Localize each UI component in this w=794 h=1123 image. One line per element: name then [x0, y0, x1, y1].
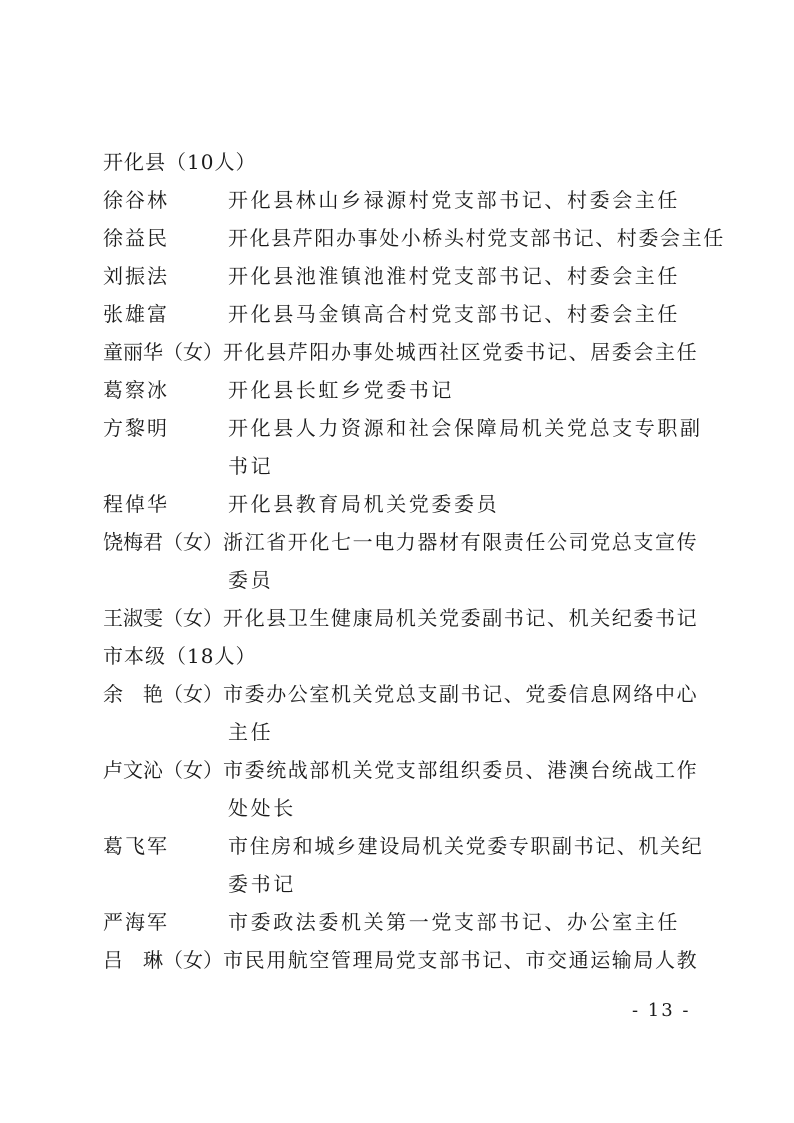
list-item: 严海军 市委政法委机关第一党支部书记、办公室主任: [103, 903, 695, 941]
person-title: 开化县教育局机关党委委员: [228, 485, 499, 523]
list-item-continuation: 委员: [103, 561, 695, 599]
person-name: 徐谷林: [103, 181, 169, 219]
person-name: 葛飞军: [103, 827, 169, 865]
page-number: - 13 -: [632, 1000, 691, 1021]
person-name: 徐益民: [103, 219, 169, 257]
person-name: 吕 琳（女）: [103, 941, 223, 979]
person-title: 市委政法委机关第一党支部书记、办公室主任: [228, 903, 680, 941]
person-title: 市委办公室机关党总支副书记、党委信息网络中心: [223, 675, 698, 713]
person-title-continuation: 委书记: [228, 865, 296, 903]
person-title: 开化县林山乡禄源村党支部书记、村委会主任: [228, 181, 680, 219]
person-title-continuation: 主任: [228, 713, 273, 751]
list-item: 童丽华（女） 开化县芹阳办事处城西社区党委书记、居委会主任: [103, 333, 695, 371]
list-item: 葛飞军 市住房和城乡建设局机关党委专职副书记、机关纪: [103, 827, 695, 865]
list-item: 徐益民 开化县芹阳办事处小桥头村党支部书记、村委会主任: [103, 219, 695, 257]
list-item: 方黎明 开化县人力资源和社会保障局机关党总支专职副: [103, 409, 695, 447]
person-name: 程倬华: [103, 485, 169, 523]
list-item: 吕 琳（女） 市民用航空管理局党支部书记、市交通运输局人教: [103, 941, 695, 979]
list-item-continuation: 主任: [103, 713, 695, 751]
person-title: 市住房和城乡建设局机关党委专职副书记、机关纪: [228, 827, 703, 865]
person-name: 余 艳（女）: [103, 675, 223, 713]
list-item: 卢文沁（女） 市委统战部机关党支部组织委员、港澳台统战工作: [103, 751, 695, 789]
document-page: 开化县（10人） 徐谷林 开化县林山乡禄源村党支部书记、村委会主任 徐益民 开化…: [103, 143, 695, 979]
person-name: 卢文沁（女）: [103, 751, 223, 789]
person-title: 开化县卫生健康局机关党委副书记、机关纪委书记: [223, 599, 698, 637]
person-title: 开化县芹阳办事处小桥头村党支部书记、村委会主任: [228, 219, 725, 257]
list-item: 余 艳（女） 市委办公室机关党总支副书记、党委信息网络中心: [103, 675, 695, 713]
list-item: 王淑雯（女） 开化县卫生健康局机关党委副书记、机关纪委书记: [103, 599, 695, 637]
list-item: 刘振法 开化县池淮镇池淮村党支部书记、村委会主任: [103, 257, 695, 295]
person-name: 张雄富: [103, 295, 169, 333]
person-name: 饶梅君（女）: [103, 523, 223, 561]
list-item-continuation: 委书记: [103, 865, 695, 903]
section-heading: 开化县（10人）: [103, 143, 695, 181]
person-title: 市委统战部机关党支部组织委员、港澳台统战工作: [223, 751, 698, 789]
person-title: 开化县马金镇高合村党支部书记、村委会主任: [228, 295, 680, 333]
person-title: 浙江省开化七一电力器材有限责任公司党总支宣传: [223, 523, 698, 561]
person-name: 方黎明: [103, 409, 169, 447]
list-item-continuation: 处处长: [103, 789, 695, 827]
person-name: 童丽华（女）: [103, 333, 223, 371]
person-title: 开化县芹阳办事处城西社区党委书记、居委会主任: [223, 333, 698, 371]
list-item: 程倬华 开化县教育局机关党委委员: [103, 485, 695, 523]
list-item: 张雄富 开化县马金镇高合村党支部书记、村委会主任: [103, 295, 695, 333]
person-title: 开化县长虹乡党委书记: [228, 371, 454, 409]
person-title-continuation: 书记: [228, 447, 273, 485]
person-title-continuation: 委员: [228, 561, 273, 599]
person-title: 开化县池淮镇池淮村党支部书记、村委会主任: [228, 257, 680, 295]
person-name: 严海军: [103, 903, 169, 941]
list-item: 葛察冰 开化县长虹乡党委书记: [103, 371, 695, 409]
person-name: 刘振法: [103, 257, 169, 295]
person-title: 开化县人力资源和社会保障局机关党总支专职副: [228, 409, 703, 447]
list-item: 饶梅君（女） 浙江省开化七一电力器材有限责任公司党总支宣传: [103, 523, 695, 561]
list-item: 徐谷林 开化县林山乡禄源村党支部书记、村委会主任: [103, 181, 695, 219]
person-name: 葛察冰: [103, 371, 169, 409]
person-title: 市民用航空管理局党支部书记、市交通运输局人教: [223, 941, 698, 979]
person-title-continuation: 处处长: [228, 789, 296, 827]
list-item-continuation: 书记: [103, 447, 695, 485]
person-name: 王淑雯（女）: [103, 599, 223, 637]
section-heading: 市本级（18人）: [103, 637, 695, 675]
